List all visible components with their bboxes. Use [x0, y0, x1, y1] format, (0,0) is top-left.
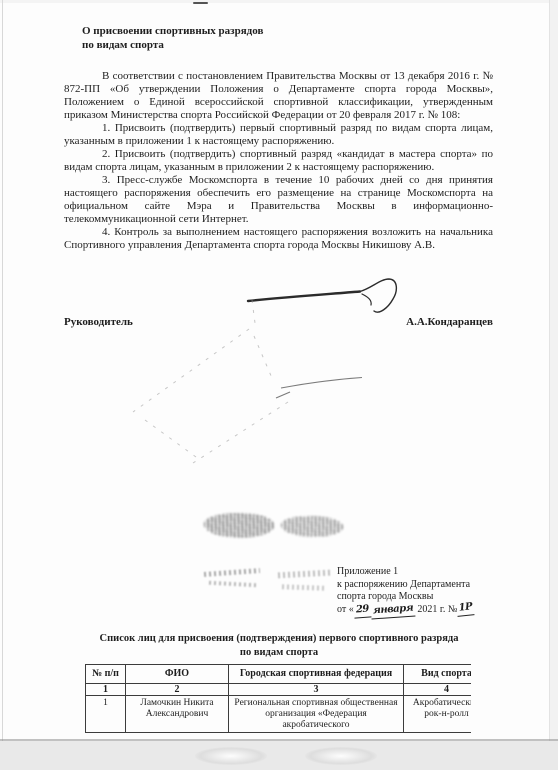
row-cell-num: 1: [86, 696, 126, 733]
faded-mark-3: [278, 570, 330, 579]
annex-line2: к распоряжению Департамента: [337, 579, 517, 592]
stamp-smudge-right: [281, 515, 343, 537]
row-cell-sport: Акробатический рок-н-ролл: [404, 696, 472, 733]
faded-mark-1: [204, 568, 260, 577]
annex-date-line: от «29января 2021 г. №1Р: [337, 604, 517, 618]
faded-mark-2: [209, 581, 257, 588]
paragraph-preamble: В соответствии с постановлением Правител…: [64, 70, 493, 122]
scanned-document-page: { "document": { "title_line1": "О присво…: [0, 0, 558, 770]
header-cell-federation: Городская спортивная федерация: [229, 665, 404, 684]
pen-signature: [248, 279, 396, 312]
paragraph-item-4: 4. Контроль за выполнением настоящего ра…: [64, 226, 493, 252]
handwritten-date-day: 29: [353, 603, 371, 618]
roster-table-container: № п/п ФИО Городская спортивная федерация…: [85, 664, 471, 741]
scan-left-edge: [2, 0, 3, 741]
scanner-background-band: [0, 741, 558, 770]
header-cell-num: № п/п: [86, 665, 126, 684]
row-cell-fio: Ламочкин Никита Александрович: [126, 696, 229, 733]
column-number-3: 3: [229, 684, 404, 696]
annex-date-suffix: 2021 г. №: [415, 604, 458, 615]
stray-pen-artifacts: [276, 378, 362, 399]
faded-mark-4: [282, 584, 324, 590]
roster-title-line1: Список лиц для присвоения (подтверждения…: [64, 632, 494, 646]
table-row: 1 Ламочкин Никита Александрович Регионал…: [86, 696, 472, 733]
roster-title: Список лиц для присвоения (подтверждения…: [64, 632, 494, 660]
table-column-number-row: 1 2 3 4: [86, 684, 472, 696]
document-title-line2: по видам спорта: [82, 38, 402, 52]
roster-table: № п/п ФИО Городская спортивная федерация…: [85, 664, 471, 733]
column-number-1: 1: [86, 684, 126, 696]
column-number-4: 4: [404, 684, 472, 696]
handwritten-date-month: января: [370, 602, 415, 619]
header-cell-fio: ФИО: [126, 665, 229, 684]
document-body: В соответствии с постановлением Правител…: [64, 70, 493, 252]
annex-line1: Приложение 1: [337, 566, 517, 579]
document-title: О присвоении спортивных разрядов по вида…: [82, 24, 402, 52]
scan-top-artifact: [193, 2, 208, 4]
signer-position: Руководитель: [64, 316, 133, 328]
roster-title-line2: по видам спорта: [64, 646, 494, 660]
annex-date-prefix: от «: [337, 604, 354, 615]
header-cell-sport: Вид спорта: [404, 665, 472, 684]
row-cell-federation: Региональная спортивная общественная орг…: [229, 696, 404, 733]
column-number-2: 2: [126, 684, 229, 696]
paragraph-item-1: 1. Присвоить (подтвердить) первый спорти…: [64, 122, 493, 148]
scan-top-edge: [0, 0, 558, 3]
annex-line3: спорта города Москвы: [337, 591, 517, 604]
paragraph-item-3: 3. Пресс-службе Москомспорта в течение 1…: [64, 174, 493, 226]
signer-name: А.А.Кондаранцев: [406, 316, 493, 328]
signature-row: Руководитель А.А.Кондаранцев: [64, 316, 493, 328]
scan-glare-spot-1: [195, 747, 267, 765]
scan-glare-spot-2: [305, 747, 377, 765]
table-header-row: № п/п ФИО Городская спортивная федерация…: [86, 665, 472, 684]
handwritten-document-number: 1Р: [457, 601, 476, 616]
annex-reference: Приложение 1 к распоряжению Департамента…: [337, 566, 517, 617]
document-title-line1: О присвоении спортивных разрядов: [82, 24, 402, 38]
scan-right-edge: [549, 0, 558, 741]
stamp-smudge-left: [204, 512, 275, 539]
paragraph-item-2: 2. Присвоить (подтвердить) спортивный ра…: [64, 148, 493, 174]
